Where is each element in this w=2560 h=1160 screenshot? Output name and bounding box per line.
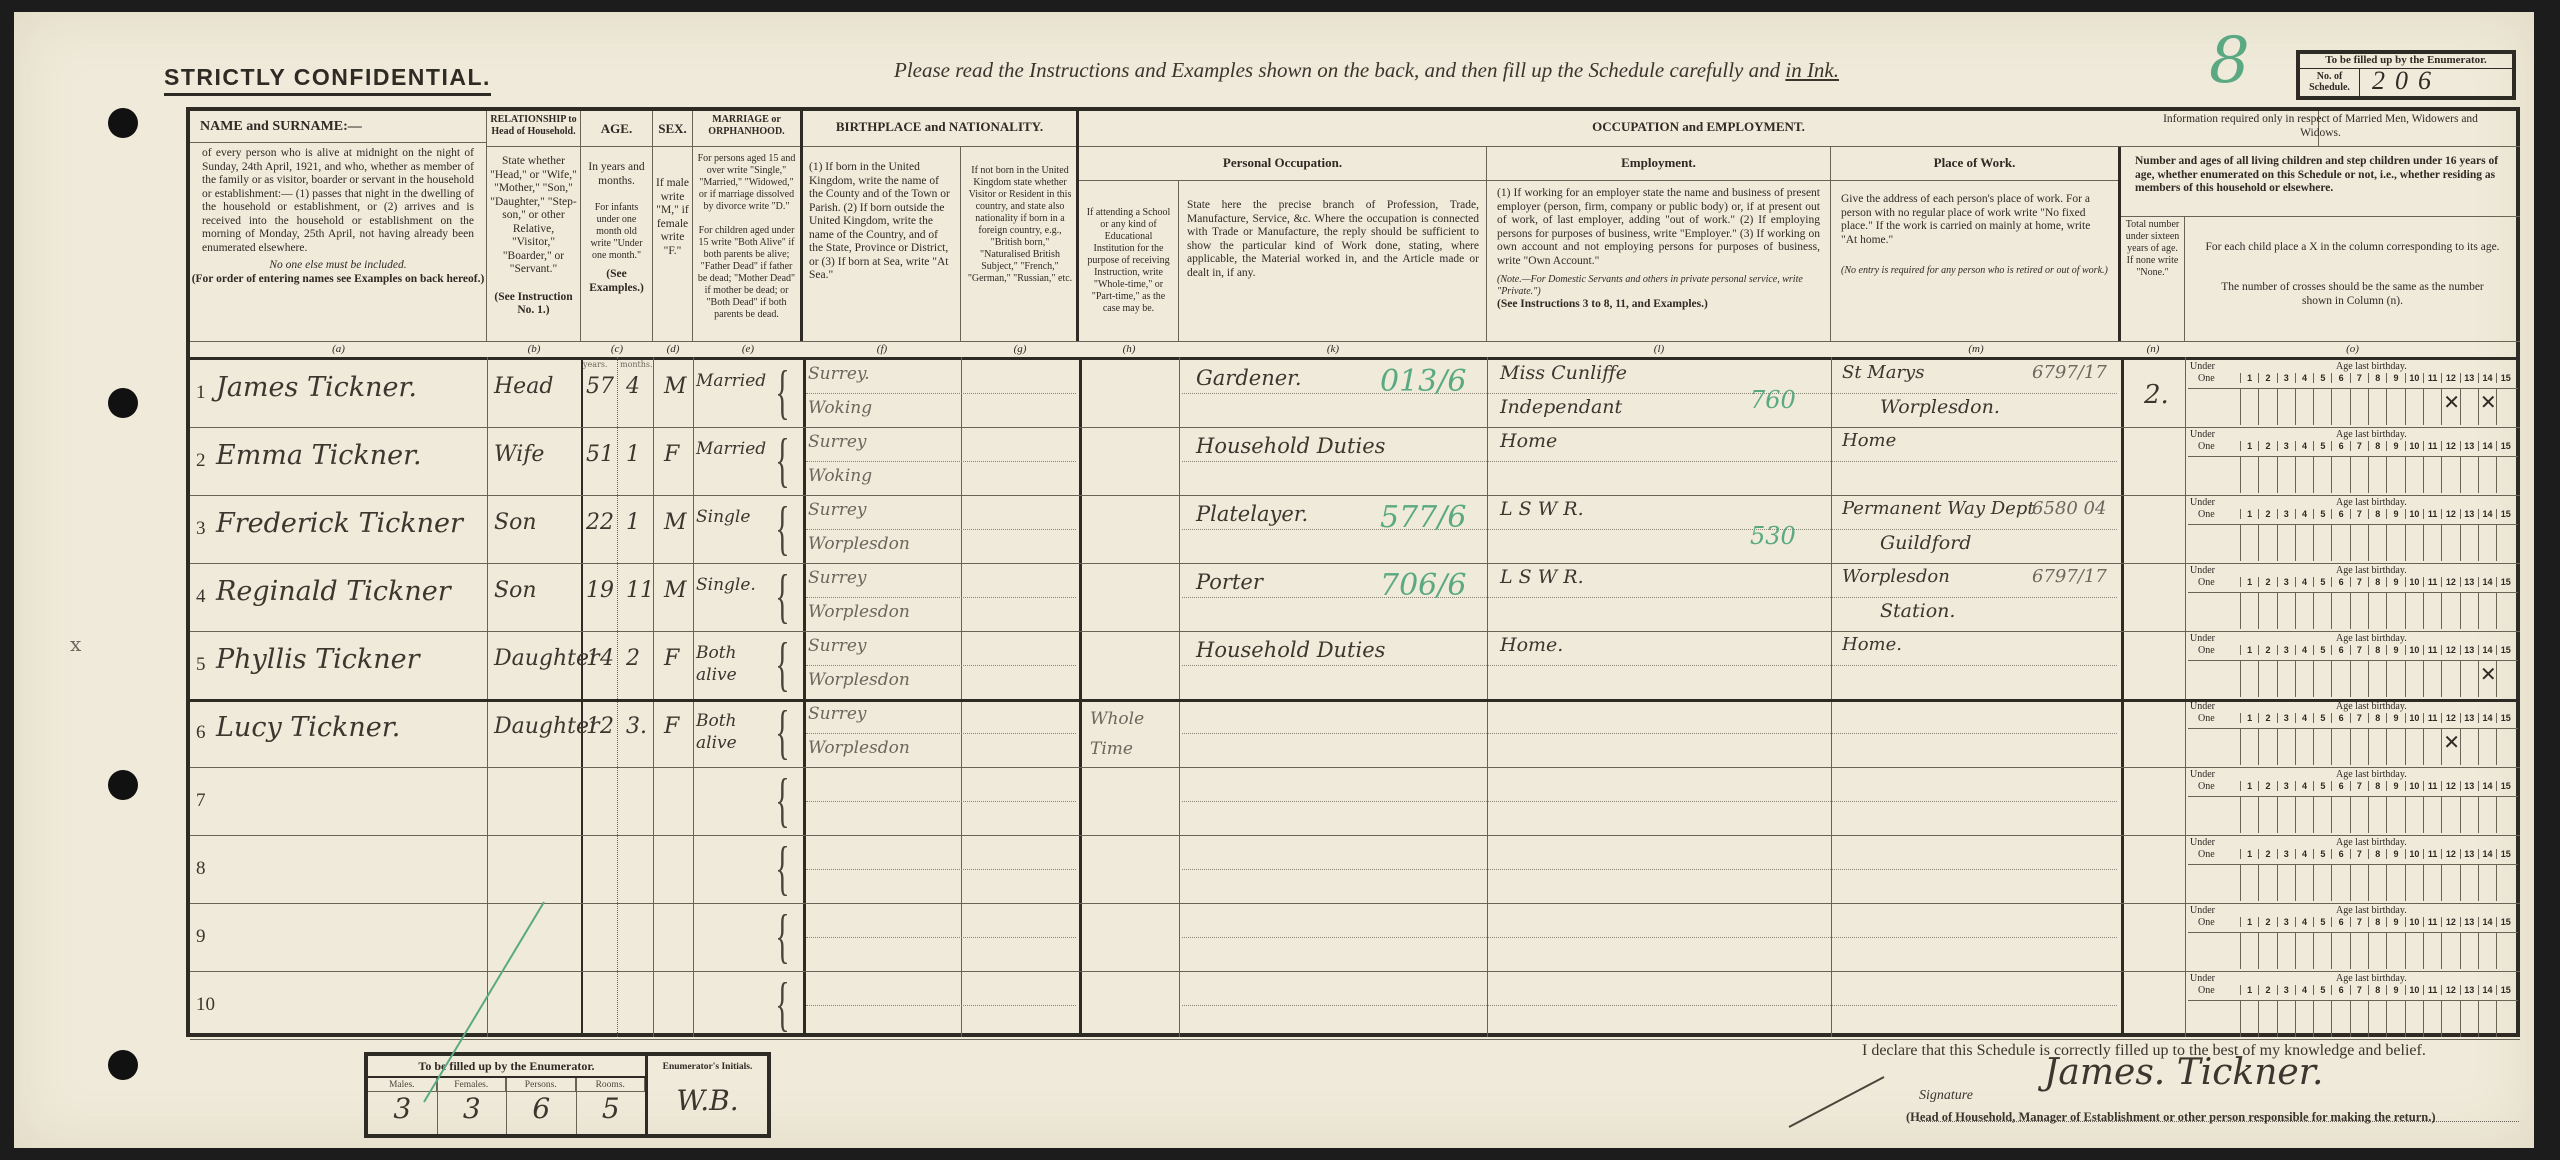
age-checkbox[interactable]	[2386, 661, 2404, 697]
child-age-grid: Under One Age last birthday. 12345678910…	[2188, 769, 2518, 835]
schedule-number-box: To be filled up by the Enumerator. No. o…	[2296, 50, 2516, 100]
birth-town-cell[interactable]: Worplesdon	[808, 738, 910, 758]
employment-code: 530	[1750, 522, 1796, 550]
age-checkbox[interactable]	[2277, 729, 2295, 765]
age-checkbox[interactable]	[2313, 865, 2331, 901]
child-age-grid: Under One Age last birthday. 12345678910…	[2188, 837, 2518, 903]
age-checkbox[interactable]	[2386, 933, 2404, 969]
age-checkbox[interactable]	[2423, 457, 2441, 493]
punch-hole	[108, 1050, 138, 1080]
age-checkbox[interactable]	[2368, 797, 2386, 833]
age-checkbox[interactable]	[2441, 1001, 2459, 1037]
age-checkbox[interactable]	[2350, 933, 2368, 969]
age-checkbox[interactable]	[2423, 389, 2441, 425]
age-checkbox[interactable]	[2441, 797, 2459, 833]
age-months-cell[interactable]: 1	[626, 442, 640, 467]
age-checkbox[interactable]	[2240, 1001, 2258, 1037]
age-checkbox[interactable]	[2441, 933, 2459, 969]
relationship-cell[interactable]: Son	[494, 510, 537, 535]
brace-icon: {	[775, 974, 789, 1034]
age-checkbox[interactable]	[2423, 729, 2441, 765]
age-checkbox[interactable]	[2386, 865, 2404, 901]
age-checkbox[interactable]	[2405, 661, 2423, 697]
age-checkbox[interactable]	[2331, 661, 2349, 697]
age-checkbox[interactable]	[2423, 1001, 2441, 1037]
age-checkbox[interactable]	[2441, 661, 2459, 697]
age-checkbox[interactable]	[2313, 457, 2331, 493]
child-age-cross-icon: ✕	[2480, 390, 2497, 414]
age-months-cell[interactable]: 3.	[626, 714, 647, 739]
age-checkbox[interactable]	[2313, 661, 2331, 697]
age-checkbox[interactable]	[2496, 661, 2514, 697]
age-checkbox[interactable]	[2295, 1001, 2313, 1037]
employer-cell[interactable]: L S W R.	[1500, 498, 1584, 520]
brace-icon: {	[775, 498, 789, 558]
age-checkbox[interactable]	[2478, 1001, 2496, 1037]
birth-town-cell[interactable]: Worplesdon	[808, 534, 910, 554]
age-checkbox[interactable]	[2496, 797, 2514, 833]
age-checkbox[interactable]	[2460, 457, 2478, 493]
age-checkbox[interactable]	[2331, 729, 2349, 765]
instruction-text: Please read the Instructions and Example…	[894, 58, 1839, 83]
age-checkbox[interactable]	[2258, 389, 2276, 425]
age-checkbox[interactable]	[2405, 729, 2423, 765]
age-checkbox[interactable]	[2277, 865, 2295, 901]
age-checkbox[interactable]	[2313, 797, 2331, 833]
age-checkbox[interactable]	[2496, 525, 2514, 561]
marriage-cell[interactable]: Both alive	[696, 642, 780, 686]
age-checkbox[interactable]	[2460, 525, 2478, 561]
age-checkbox[interactable]	[2368, 457, 2386, 493]
age-checkbox[interactable]	[2313, 729, 2331, 765]
child-age-grid: Under One Age last birthday. 12345678910…	[2188, 361, 2518, 427]
brace-icon: {	[775, 430, 789, 490]
sex-cell[interactable]: M	[664, 374, 687, 399]
brace-icon: {	[775, 906, 789, 966]
age-checkbox[interactable]	[2478, 457, 2496, 493]
age-checkbox[interactable]	[2277, 661, 2295, 697]
age-checkbox[interactable]	[2460, 729, 2478, 765]
age-checkbox[interactable]	[2350, 729, 2368, 765]
age-checkbox[interactable]	[2313, 525, 2331, 561]
workplace-line2-cell[interactable]: Guildford	[1880, 532, 1971, 554]
age-checkbox[interactable]	[2258, 797, 2276, 833]
age-checkbox[interactable]	[2478, 593, 2496, 629]
age-checkbox[interactable]	[2496, 593, 2514, 629]
relationship-cell[interactable]: Wife	[494, 442, 544, 467]
punch-hole	[108, 770, 138, 800]
punch-hole	[108, 108, 138, 138]
age-checkbox[interactable]	[2313, 1001, 2331, 1037]
age-checkbox[interactable]	[2405, 525, 2423, 561]
age-checkbox[interactable]	[2478, 933, 2496, 969]
age-checkbox[interactable]	[2313, 389, 2331, 425]
age-checkbox[interactable]	[2331, 797, 2349, 833]
age-checkbox[interactable]	[2295, 661, 2313, 697]
age-checkbox[interactable]	[2423, 593, 2441, 629]
workplace-cell[interactable]: Permanent Way Dept	[1842, 498, 2035, 519]
age-checkbox[interactable]	[2295, 729, 2313, 765]
age-checkbox[interactable]	[2295, 457, 2313, 493]
header-marriage: MARRIAGE or ORPHANHOOD. For persons aged…	[693, 111, 803, 341]
child-age-cross-icon: ✕	[2443, 390, 2460, 414]
birth-town-cell[interactable]: Worplesdon	[808, 670, 910, 690]
header-age: AGE. In years and months. For infants un…	[581, 111, 653, 341]
relationship-cell[interactable]: Head	[494, 374, 553, 399]
age-checkbox[interactable]	[2258, 661, 2276, 697]
age-checkbox[interactable]	[2240, 389, 2258, 425]
age-checkbox[interactable]	[2386, 457, 2404, 493]
age-checkbox[interactable]	[2460, 661, 2478, 697]
header-relationship: RELATIONSHIP to Head of Household. State…	[487, 111, 581, 341]
age-years-cell[interactable]: 57	[586, 374, 614, 399]
age-checkbox[interactable]	[2331, 593, 2349, 629]
age-checkbox[interactable]	[2460, 1001, 2478, 1037]
employer-cell[interactable]: Home.	[1500, 634, 1563, 656]
enumerator-tick-line	[414, 892, 554, 1112]
age-checkbox[interactable]	[2350, 661, 2368, 697]
name-cell[interactable]: Reginald Tickner	[216, 576, 451, 607]
age-checkbox[interactable]	[2277, 389, 2295, 425]
brace-icon: {	[775, 362, 789, 422]
name-cell[interactable]: Lucy Tickner.	[216, 712, 400, 743]
age-checkbox[interactable]	[2386, 389, 2404, 425]
age-months-cell[interactable]: 11	[626, 578, 654, 603]
age-checkbox[interactable]	[2423, 933, 2441, 969]
age-checkbox[interactable]	[2258, 525, 2276, 561]
age-checkbox[interactable]	[2368, 1001, 2386, 1037]
sex-cell[interactable]: M	[664, 578, 687, 603]
name-cell[interactable]: James Tickner.	[216, 372, 417, 403]
header-employment: Employment. (1) If working for an employ…	[1487, 147, 1831, 341]
age-checkbox[interactable]	[2277, 933, 2295, 969]
age-checkbox[interactable]	[2460, 865, 2478, 901]
age-checkbox[interactable]	[2331, 865, 2349, 901]
age-checkbox[interactable]	[2277, 1001, 2295, 1037]
brace-icon: {	[775, 770, 789, 830]
marriage-cell[interactable]: Both alive	[696, 710, 780, 754]
age-checkbox[interactable]	[2295, 389, 2313, 425]
age-checkbox[interactable]	[2258, 933, 2276, 969]
brace-icon: {	[775, 566, 789, 626]
age-checkbox[interactable]	[2496, 457, 2514, 493]
age-checkbox[interactable]	[2350, 457, 2368, 493]
age-checkbox[interactable]	[2460, 797, 2478, 833]
rooms-field[interactable]: Rooms.5	[577, 1078, 646, 1134]
birth-town-cell[interactable]: Woking	[808, 466, 872, 486]
relationship-cell[interactable]: Daughter	[494, 714, 600, 739]
header-name: NAME and SURNAME:— of every person who i…	[190, 111, 487, 341]
child-age-grid: Under One Age last birthday. 12345678910…	[2188, 973, 2518, 1039]
age-checkbox[interactable]	[2368, 661, 2386, 697]
age-years-cell[interactable]: 12	[586, 714, 614, 739]
age-checkbox[interactable]	[2258, 1001, 2276, 1037]
census-schedule-sheet: x STRICTLY CONFIDENTIAL. Please read the…	[14, 12, 2534, 1148]
name-cell[interactable]: Frederick Tickner	[216, 508, 463, 539]
age-checkbox[interactable]	[2386, 1001, 2404, 1037]
page-title: STRICTLY CONFIDENTIAL.	[164, 64, 491, 96]
age-months-cell[interactable]: 4	[626, 374, 640, 399]
margin-mark: x	[70, 632, 81, 656]
child-age-grid: Under One Age last birthday. 12345678910…	[2188, 905, 2518, 971]
age-checkbox[interactable]	[2496, 1001, 2514, 1037]
sex-cell[interactable]: F	[664, 442, 679, 467]
brace-icon: {	[775, 838, 789, 898]
age-checkbox[interactable]	[2405, 389, 2423, 425]
age-checkbox[interactable]	[2350, 865, 2368, 901]
header-sex: SEX. If male write "M," if female write …	[653, 111, 693, 341]
age-checkbox[interactable]	[2460, 933, 2478, 969]
age-checkbox[interactable]	[2240, 661, 2258, 697]
age-checkbox[interactable]	[2277, 593, 2295, 629]
age-checkbox[interactable]	[2478, 525, 2496, 561]
occupation-cell[interactable]: Platelayer.	[1196, 502, 1308, 526]
workplace-line2-cell[interactable]: Station.	[1880, 600, 1955, 622]
enumerator-mark: 8	[2209, 24, 2250, 98]
age-checkbox[interactable]	[2350, 1001, 2368, 1037]
age-checkbox[interactable]	[2295, 933, 2313, 969]
age-checkbox[interactable]	[2460, 389, 2478, 425]
age-checkbox[interactable]	[2423, 865, 2441, 901]
name-cell[interactable]: Phyllis Tickner	[216, 644, 420, 675]
header-birthplace: BIRTHPLACE and NATIONALITY. (1) If born …	[803, 111, 1079, 341]
age-checkbox[interactable]	[2331, 525, 2349, 561]
age-checkbox[interactable]	[2240, 729, 2258, 765]
occupation-cell[interactable]: Household Duties	[1196, 434, 1385, 458]
age-checkbox[interactable]	[2240, 457, 2258, 493]
age-years-cell[interactable]: 22	[586, 510, 614, 535]
age-checkbox[interactable]	[2331, 933, 2349, 969]
age-checkbox[interactable]	[2295, 525, 2313, 561]
age-checkbox[interactable]	[2331, 457, 2349, 493]
sex-cell[interactable]: F	[664, 646, 679, 671]
employer-line2-cell[interactable]: Independant	[1500, 396, 1622, 418]
workplace-code: 6580 04	[2032, 498, 2106, 519]
workplace-cell[interactable]: Home	[1842, 430, 1896, 451]
workplace-code: 6797/17	[2032, 566, 2107, 587]
age-checkbox[interactable]	[2441, 525, 2459, 561]
age-checkbox[interactable]	[2350, 389, 2368, 425]
age-checkbox[interactable]	[2295, 593, 2313, 629]
employer-cell[interactable]: Miss Cunliffe	[1500, 362, 1627, 384]
child-age-grid: Under One Age last birthday. 12345678910…	[2188, 429, 2518, 495]
birth-county-cell[interactable]: Surrey	[808, 568, 867, 588]
brace-icon: {	[775, 634, 789, 694]
signature-subtitle: (Head of Household, Manager of Establish…	[1906, 1110, 2436, 1125]
employer-cell[interactable]: L S W R.	[1500, 566, 1584, 588]
header-place-of-work: Place of Work. Give the address of each …	[1831, 147, 2121, 341]
age-checkbox[interactable]	[2386, 797, 2404, 833]
age-checkbox[interactable]	[2295, 865, 2313, 901]
punch-hole	[108, 388, 138, 418]
signature-field[interactable]: James. Tickner.	[2044, 1052, 2323, 1093]
age-checkbox[interactable]	[2350, 593, 2368, 629]
age-checkbox[interactable]	[2496, 865, 2514, 901]
age-checkbox[interactable]	[2478, 797, 2496, 833]
relationship-cell[interactable]: Son	[494, 578, 537, 603]
age-checkbox[interactable]	[2405, 933, 2423, 969]
age-checkbox[interactable]	[2405, 1001, 2423, 1037]
age-checkbox[interactable]	[2368, 525, 2386, 561]
check-mark-icon	[1784, 1072, 1894, 1132]
marriage-cell[interactable]: Married	[696, 370, 780, 392]
age-years-cell[interactable]: 19	[586, 578, 614, 603]
marriage-cell[interactable]: Married	[696, 438, 780, 460]
age-checkbox[interactable]	[2368, 389, 2386, 425]
age-checkbox[interactable]	[2423, 525, 2441, 561]
age-checkbox[interactable]	[2240, 593, 2258, 629]
birth-county-cell[interactable]: Surrey.	[808, 364, 870, 384]
occupation-cell[interactable]: Porter	[1196, 570, 1263, 594]
age-checkbox[interactable]	[2460, 593, 2478, 629]
child-age-grid: Under One Age last birthday. 12345678910…	[2188, 565, 2518, 631]
age-checkbox[interactable]	[2240, 865, 2258, 901]
birth-county-cell[interactable]: Surrey	[808, 500, 867, 520]
workplace-cell[interactable]: St Marys	[1842, 362, 1924, 383]
age-years-cell[interactable]: 51	[586, 442, 614, 467]
occupation-code: 013/6	[1380, 364, 1466, 399]
occupation-code: 706/6	[1380, 568, 1466, 603]
employment-code: 760	[1750, 386, 1796, 414]
age-months-cell[interactable]: 1	[626, 510, 640, 535]
age-checkbox[interactable]	[2368, 593, 2386, 629]
age-checkbox[interactable]	[2405, 593, 2423, 629]
workplace-cell[interactable]: Worplesdon	[1842, 566, 1950, 587]
age-checkbox[interactable]	[2386, 729, 2404, 765]
age-checkbox[interactable]	[2405, 797, 2423, 833]
age-checkbox[interactable]	[2386, 593, 2404, 629]
age-checkbox[interactable]	[2295, 797, 2313, 833]
age-checkbox[interactable]	[2350, 797, 2368, 833]
age-checkbox[interactable]	[2441, 457, 2459, 493]
sex-cell[interactable]: F	[664, 714, 679, 739]
child-age-grid: Under One Age last birthday. 12345678910…	[2188, 497, 2518, 563]
workplace-cell[interactable]: Home.	[1842, 634, 1902, 655]
age-checkbox[interactable]	[2331, 389, 2349, 425]
birth-county-cell[interactable]: Surrey	[808, 704, 867, 724]
age-years-cell[interactable]: 14	[586, 646, 614, 671]
age-checkbox[interactable]	[2277, 457, 2295, 493]
age-checkbox[interactable]	[2368, 729, 2386, 765]
age-checkbox[interactable]	[2441, 593, 2459, 629]
age-checkbox[interactable]	[2496, 389, 2514, 425]
sex-cell[interactable]: M	[664, 510, 687, 535]
child-age-grid: Under One Age last birthday. 12345678910…	[2188, 701, 2518, 767]
age-checkbox[interactable]	[2240, 525, 2258, 561]
schedule-number[interactable]: 206	[2372, 66, 2441, 96]
school-cell[interactable]: Whole Time	[1090, 704, 1160, 764]
birth-county-cell[interactable]: Surrey	[808, 432, 867, 452]
occupation-code: 577/6	[1380, 500, 1466, 535]
age-checkbox[interactable]	[2386, 525, 2404, 561]
header-personal-occupation: Personal Occupation. If attending a Scho…	[1079, 147, 1487, 341]
age-checkbox[interactable]	[2258, 729, 2276, 765]
age-checkbox[interactable]	[2258, 593, 2276, 629]
birth-town-cell[interactable]: Woking	[808, 398, 872, 418]
age-checkbox[interactable]	[2368, 933, 2386, 969]
occupation-cell[interactable]: Household Duties	[1196, 638, 1385, 662]
header-children: Information required only in respect of …	[2121, 111, 2520, 341]
age-checkbox[interactable]	[2313, 933, 2331, 969]
employer-cell[interactable]: Home	[1500, 430, 1557, 452]
age-checkbox[interactable]	[2313, 593, 2331, 629]
age-checkbox[interactable]	[2478, 729, 2496, 765]
child-age-cross-icon: ✕	[2443, 730, 2460, 754]
age-checkbox[interactable]	[2478, 865, 2496, 901]
age-checkbox[interactable]	[2405, 457, 2423, 493]
name-cell[interactable]: Emma Tickner.	[216, 440, 422, 471]
age-checkbox[interactable]	[2423, 797, 2441, 833]
age-checkbox[interactable]	[2240, 933, 2258, 969]
age-checkbox[interactable]	[2441, 865, 2459, 901]
child-age-cross-icon: ✕	[2480, 662, 2497, 686]
age-checkbox[interactable]	[2331, 1001, 2349, 1037]
age-checkbox[interactable]	[2240, 797, 2258, 833]
relationship-cell[interactable]: Daughter	[494, 646, 600, 671]
age-checkbox[interactable]	[2405, 865, 2423, 901]
child-age-grid: Under One Age last birthday. 12345678910…	[2188, 633, 2518, 699]
age-checkbox[interactable]	[2350, 525, 2368, 561]
birth-town-cell[interactable]: Worplesdon	[808, 602, 910, 622]
birth-county-cell[interactable]: Surrey	[808, 636, 867, 656]
workplace-line2-cell[interactable]: Worplesdon.	[1880, 396, 2000, 418]
age-checkbox[interactable]	[2277, 797, 2295, 833]
age-checkbox[interactable]	[2423, 661, 2441, 697]
age-checkbox[interactable]	[2496, 933, 2514, 969]
age-checkbox[interactable]	[2368, 865, 2386, 901]
age-months-cell[interactable]: 2	[626, 646, 640, 671]
age-checkbox[interactable]	[2258, 865, 2276, 901]
marriage-cell[interactable]: Single.	[696, 574, 780, 596]
workplace-code: 6797/17	[2032, 362, 2107, 383]
age-checkbox[interactable]	[2258, 457, 2276, 493]
enumerator-initials-field[interactable]: Enumerator's Initials. W.B.	[648, 1056, 767, 1134]
children-total-cell[interactable]: 2.	[2144, 380, 2169, 410]
brace-icon: {	[775, 702, 789, 762]
marriage-cell[interactable]: Single	[696, 506, 780, 528]
occupation-cell[interactable]: Gardener.	[1196, 366, 1302, 390]
age-checkbox[interactable]	[2496, 729, 2514, 765]
age-checkbox[interactable]	[2277, 525, 2295, 561]
